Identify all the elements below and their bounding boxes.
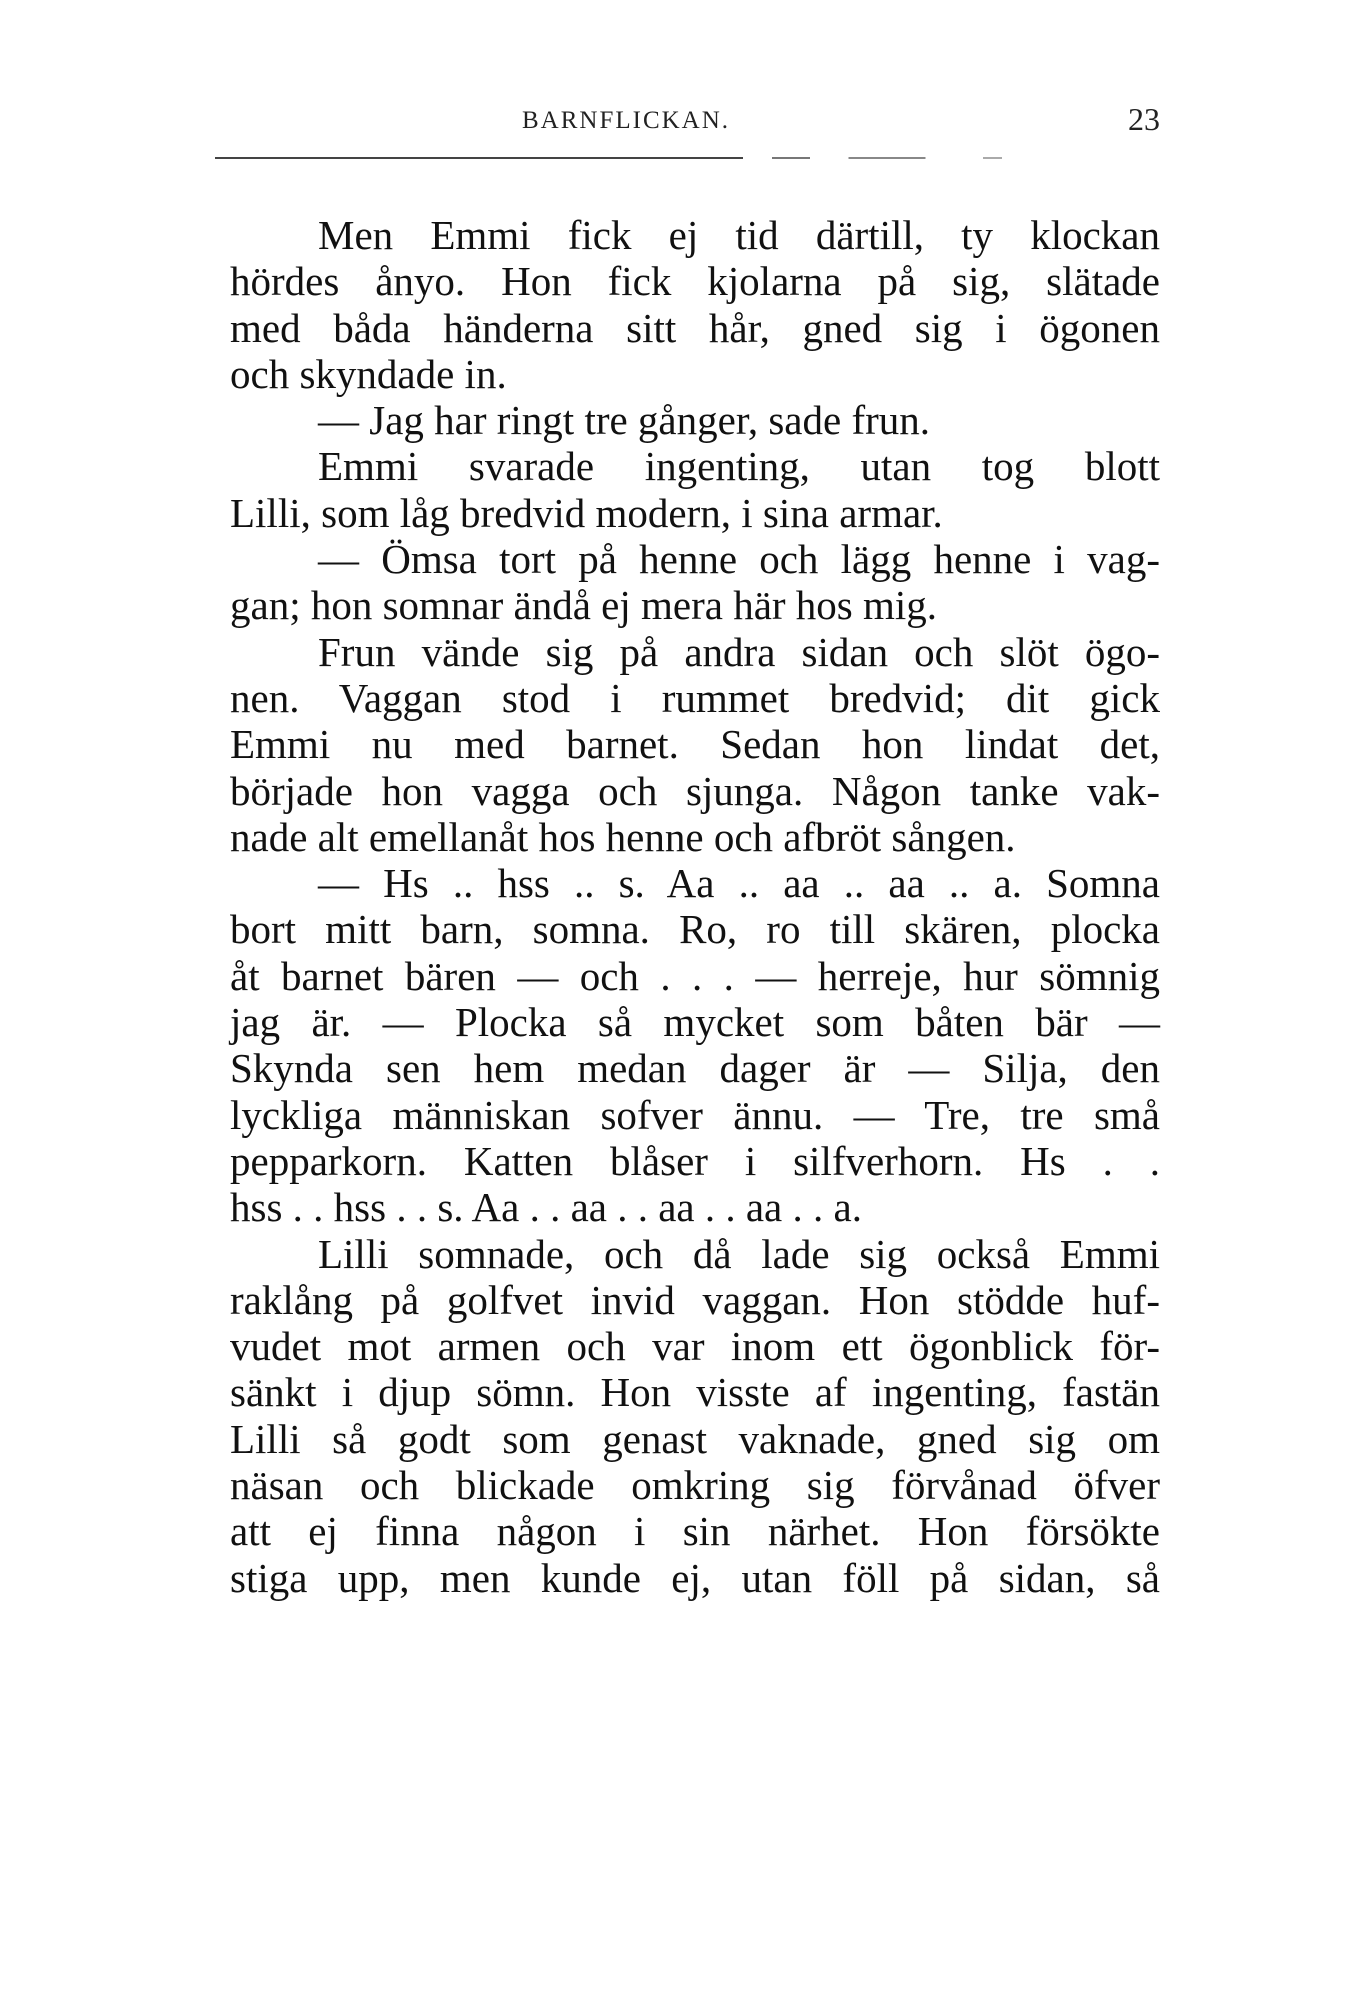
text-line: Men Emmi fick ej tid därtill, ty klockan — [230, 212, 1160, 258]
text-line: Lilli så godt som genast vaknade, gned s… — [230, 1416, 1160, 1462]
text-line: hördes ånyo. Hon fick kjolarna på sig, s… — [230, 258, 1160, 304]
text-line: bort mitt barn, somna. Ro, ro till skäre… — [230, 906, 1160, 952]
text-line: Lilli somnade, och då lade sig också Emm… — [230, 1231, 1160, 1277]
body-text: Men Emmi fick ej tid därtill, ty klockan… — [230, 212, 1160, 1601]
running-title: BARNFLICKAN. — [522, 107, 730, 135]
text-line: raklång på golfvet invid vaggan. Hon stö… — [230, 1277, 1160, 1323]
text-line: Frun vände sig på andra sidan och slöt ö… — [230, 629, 1160, 675]
text-line: — Hs .. hss .. s. Aa .. aa .. aa .. a. S… — [230, 860, 1160, 906]
text-line: — Jag har ringt tre gånger, sade frun. — [230, 397, 1160, 443]
header-rule — [215, 157, 1175, 159]
page-number: 23 — [1128, 101, 1160, 138]
text-line: jag är. — Plocka så mycket som båten bär… — [230, 999, 1160, 1045]
text-line: lyckliga människan sofver ännu. — Tre, t… — [230, 1092, 1160, 1138]
text-line: Skynda sen hem medan dager är — Silja, d… — [230, 1045, 1160, 1091]
text-line: — Ömsa tort på henne och lägg henne i va… — [230, 536, 1160, 582]
text-line: åt barnet bären — och . . . — herreje, h… — [230, 953, 1160, 999]
text-line: nade alt emellanåt hos henne och afbröt … — [230, 814, 1160, 860]
text-line: att ej finna någon i sin närhet. Hon för… — [230, 1508, 1160, 1554]
text-line: sänkt i djup sömn. Hon visste af ingenti… — [230, 1369, 1160, 1415]
book-page: BARNFLICKAN. 23 Men Emmi fick ej tid där… — [0, 0, 1347, 1991]
text-line: vudet mot armen och var inom ett ögonbli… — [230, 1323, 1160, 1369]
text-line: gan; hon somnar ändå ej mera här hos mig… — [230, 582, 1160, 628]
running-head: BARNFLICKAN. 23 — [0, 95, 1347, 135]
text-line: och skyndade in. — [230, 351, 1160, 397]
text-line: hss . . hss . . s. Aa . . aa . . aa . . … — [230, 1184, 1160, 1230]
text-line: näsan och blickade omkring sig förvånad … — [230, 1462, 1160, 1508]
text-line: med båda händerna sitt hår, gned sig i ö… — [230, 305, 1160, 351]
text-line: började hon vagga och sjunga. Någon tank… — [230, 768, 1160, 814]
text-line: stiga upp, men kunde ej, utan föll på si… — [230, 1555, 1160, 1601]
text-line: nen. Vaggan stod i rummet bredvid; dit g… — [230, 675, 1160, 721]
text-line: Emmi svarade ingenting, utan tog blott — [230, 443, 1160, 489]
text-line: Lilli, som låg bredvid modern, i sina ar… — [230, 490, 1160, 536]
text-line: pepparkorn. Katten blåser i silfverhorn.… — [230, 1138, 1160, 1184]
text-line: Emmi nu med barnet. Sedan hon lindat det… — [230, 721, 1160, 767]
